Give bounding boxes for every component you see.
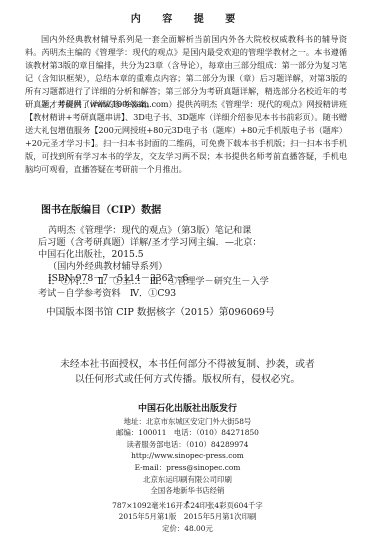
classification-line: Ⅰ．①芮… Ⅱ．①圣… Ⅲ．①管理学－研究生－入学 <box>38 276 269 288</box>
cip-line: 中国石化出版社，2015.5 <box>38 249 262 261</box>
edition-info: 2015年5月第1版 2015年5月第1次印刷 <box>0 511 375 522</box>
publisher-website: http://www.sinopec-press.com <box>0 450 375 462</box>
cip-line: 芮明杰《管理学：现代的观点》（第3版）笔记和课 <box>38 225 262 237</box>
summary-title: 内 容 提 要 <box>0 10 375 25</box>
publisher-email: E-mail：press@sinopec.com <box>0 462 375 474</box>
publisher-address: 地址：北京市东城区安定门外大街58号 <box>0 416 375 428</box>
cip-series: （国内外经典教材辅导系列） <box>38 261 262 273</box>
publisher-phone: 邮编：100011 电话：（010）84271850 <box>0 427 375 439</box>
distributor: 全国各地新华书店经销 <box>0 485 375 497</box>
printer: 北京东运印刷有限公司印刷 <box>0 474 375 486</box>
format-spec: 787×1092毫米16开本24印张4彩页604千字 <box>0 500 375 511</box>
cip-line: 后习题（含考研真题）详解/圣才学习网主编．—北京： <box>38 237 262 249</box>
price: 定价：48.00元 <box>0 523 375 534</box>
cip-record-number: 中国版本图书馆 CIP 数据核字（2015）第096069号 <box>46 304 275 318</box>
summary-paragraph-2: 圣才考研网（www.100exam.com）提供芮明杰《管理学：现代的观点》网授… <box>25 98 347 176</box>
cip-classification: Ⅰ．①芮… Ⅱ．①圣… Ⅲ．①管理学－研究生－入学 考试－自学参考资料 Ⅳ．①C… <box>38 276 269 300</box>
publisher-info: 中国石化出版社出版发行 地址：北京市东城区安定门外大街58号 邮编：100011… <box>0 404 375 508</box>
classification-line: 考试－自学参考资料 Ⅳ．①C93 <box>38 288 269 300</box>
book-specs: 787×1092毫米16开本24印张4彩页604千字 2015年5月第1版 20… <box>0 500 375 534</box>
copyright-line: 未经本社书面授权，本书任何部分不得被复制、抄袭，或者 <box>0 357 375 372</box>
cip-heading: 图书在版编目（CIP）数据 <box>41 201 161 216</box>
reader-service-phone: 读者服务部电话：（010）84289974 <box>0 439 375 451</box>
copyright-line: 以任何形式或任何方式传播。版权所有，侵权必究。 <box>0 372 375 387</box>
publisher-name: 中国石化出版社出版发行 <box>0 404 375 416</box>
copyright-notice: 未经本社书面授权，本书任何部分不得被复制、抄袭，或者 以任何形式或任何方式传播。… <box>0 357 375 387</box>
